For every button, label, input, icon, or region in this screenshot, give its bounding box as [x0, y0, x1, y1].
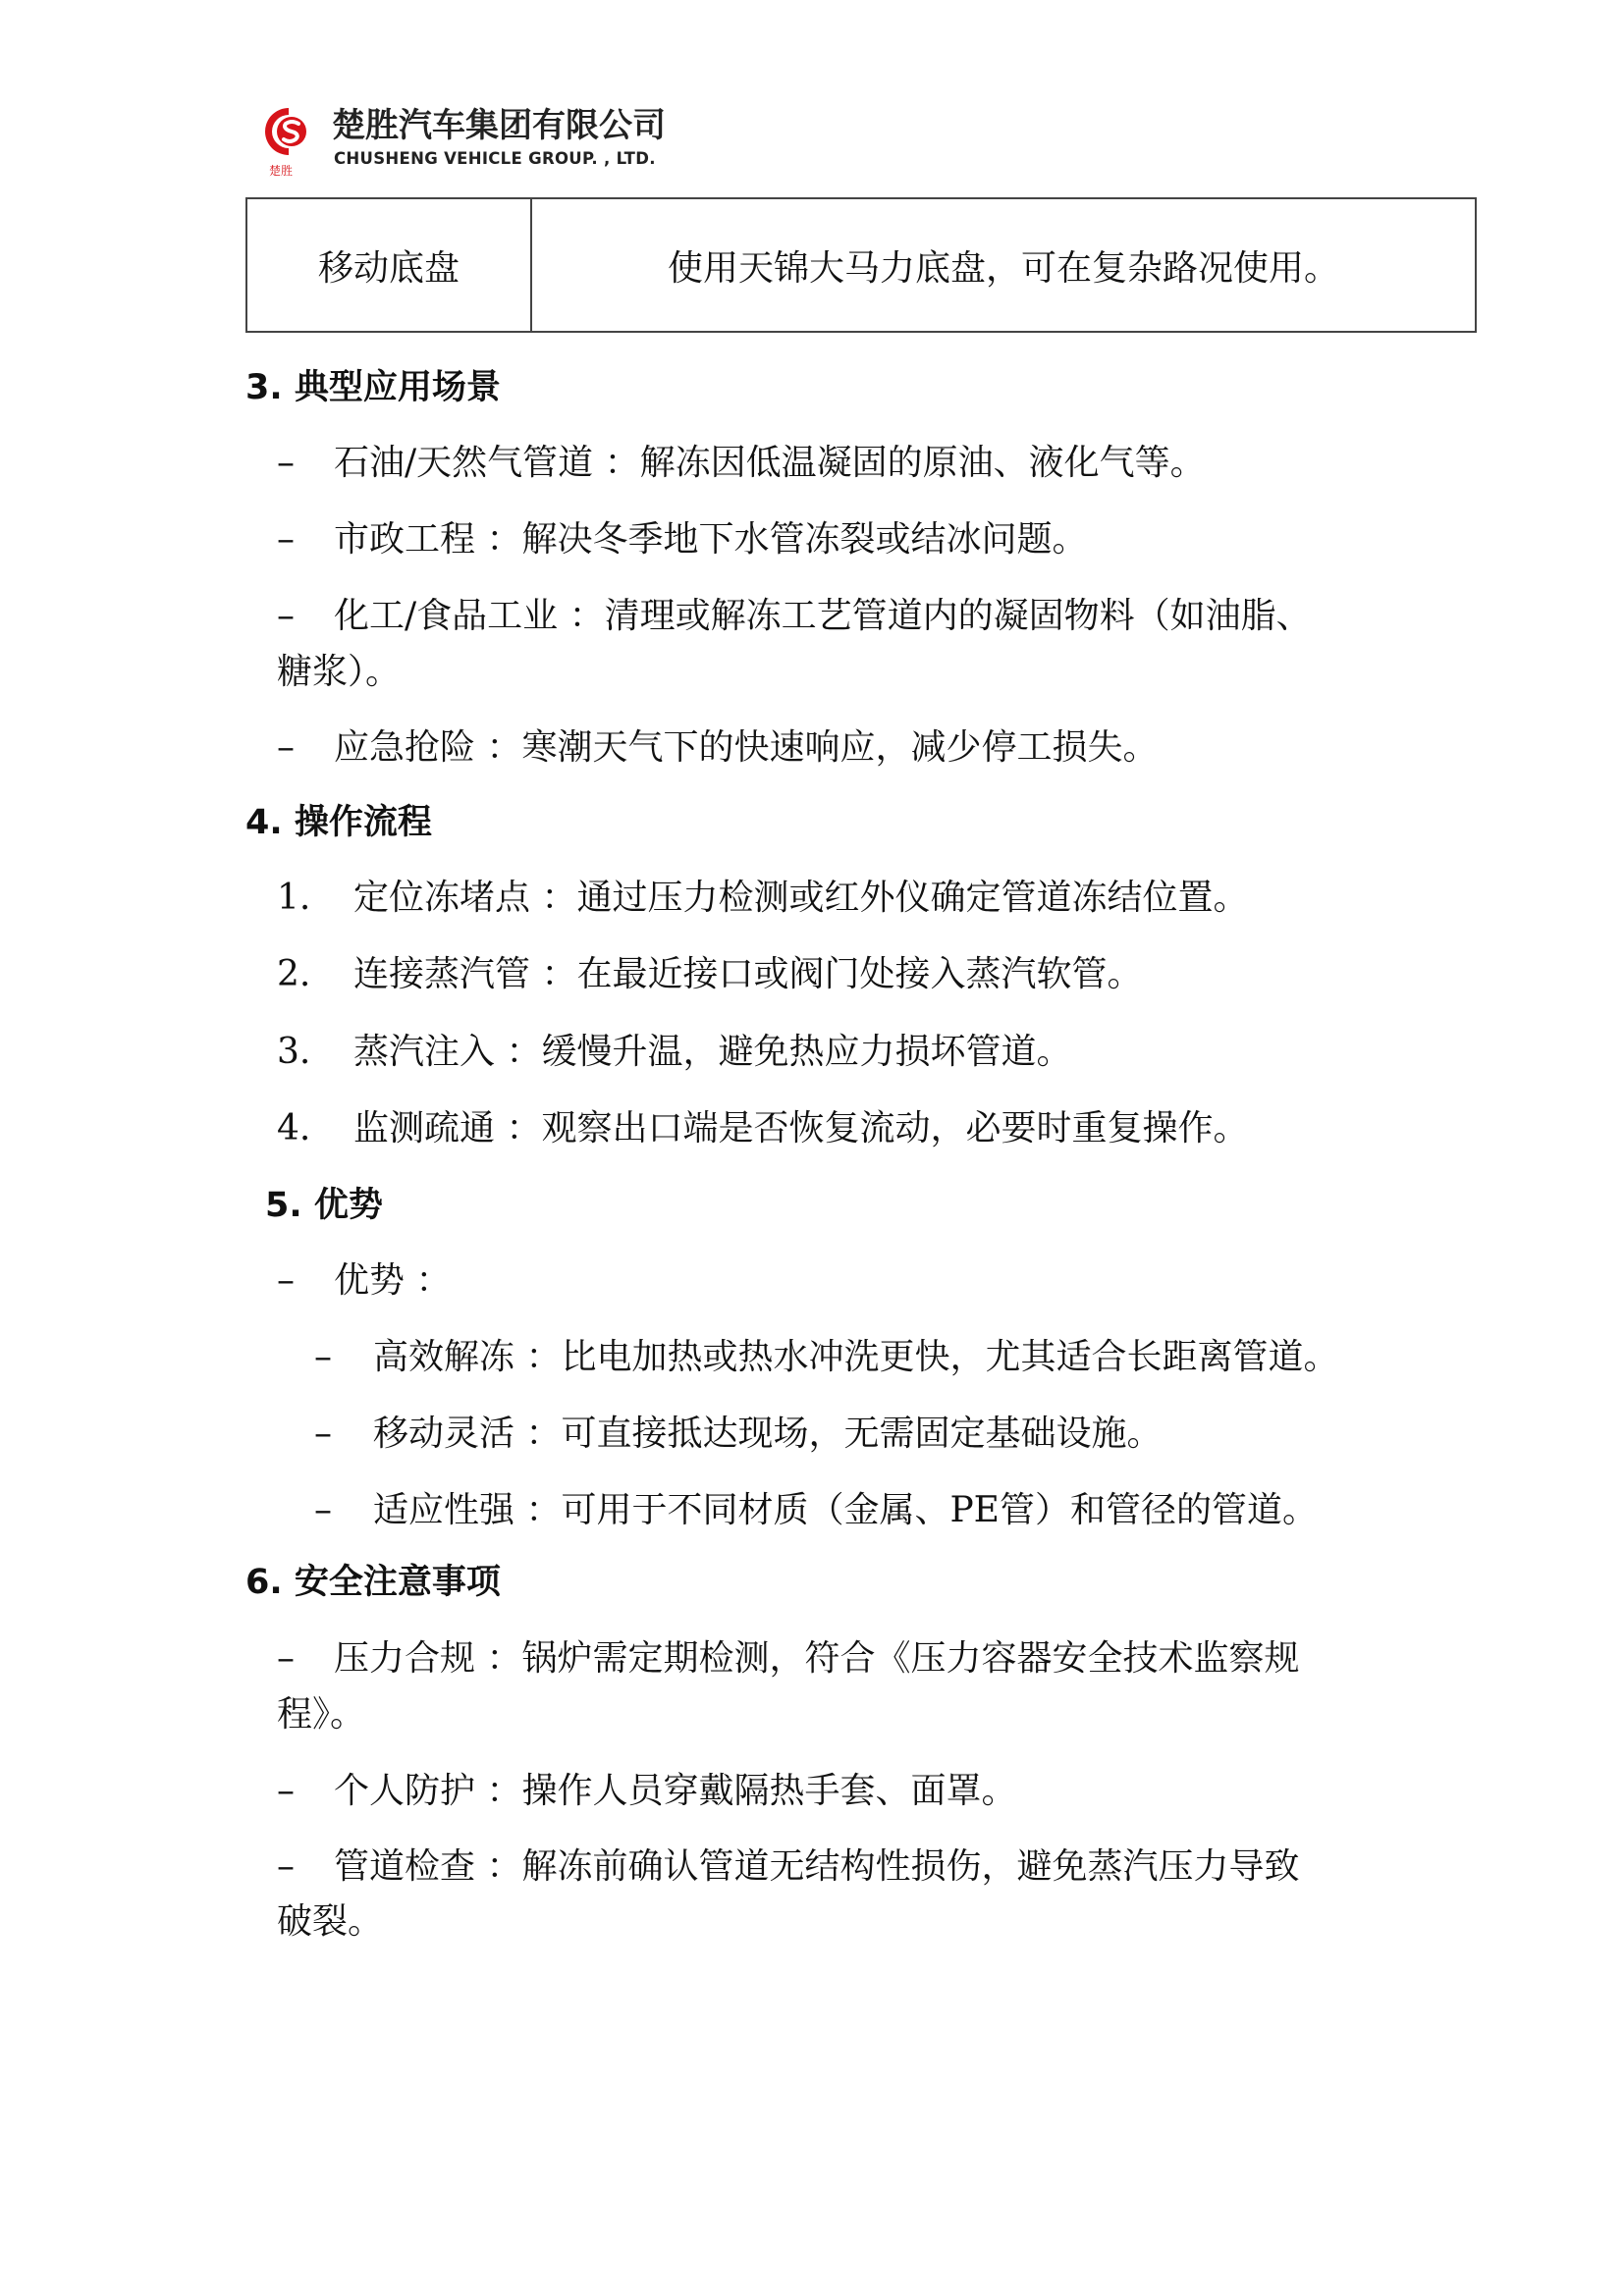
spec-table: 移动底盘 使用天锦大马力底盘，可在复杂路况使用。: [245, 197, 1477, 333]
list-item: 管道检查 ：解冻前确认管道无结构性损伤，避免蒸汽压力导致: [334, 1845, 1299, 1889]
company-name-cn: 楚胜汽车集团有限公司: [332, 106, 666, 145]
list-number: 4.: [277, 1107, 310, 1150]
list-item: 个人防护 ：操作人员穿戴隔热手套、面罩。: [334, 1770, 1016, 1813]
list-item-continuation: 糖浆）。: [277, 651, 401, 694]
list-item: 定位冻堵点 ：通过压力检测或红外仪确定管道冻结位置。: [353, 877, 1248, 920]
list-marker: –: [277, 595, 295, 638]
section-heading-6: 6. 安全注意事项: [245, 1561, 501, 1604]
section-heading-5: 5. 优势: [265, 1184, 383, 1227]
list-item: 连接蒸汽管 ：在最近接口或阀门处接入蒸汽软管。: [353, 953, 1142, 996]
list-item: 市政工程 ：解决冬季地下水管冻裂或结冰问题。: [334, 518, 1087, 561]
sublist-item: 移动灵活 ：可直接抵达现场，无需固定基础设施。: [373, 1413, 1162, 1456]
sublist-marker: –: [314, 1413, 332, 1456]
list-item: 监测疏通 ：观察出口端是否恢复流动，必要时重复操作。: [353, 1107, 1248, 1150]
list-item: 应急抢险 ：寒潮天气下的快速响应，减少停工损失。: [334, 726, 1158, 770]
sublist-marker: –: [314, 1336, 332, 1379]
list-item: 化工/食品工业 ：清理或解冻工艺管道内的凝固物料（如油脂、: [334, 595, 1312, 638]
list-item: 石油/天然气管道 ：解冻因低温凝固的原油、液化气等。: [334, 442, 1206, 485]
table-cell-value: 使用天锦大马力底盘，可在复杂路况使用。: [532, 199, 1475, 331]
list-item-continuation: 破裂。: [277, 1900, 383, 1944]
sublist-item: 高效解冻 ：比电加热或热水冲洗更快，尤其适合长距离管道。: [373, 1336, 1338, 1379]
list-marker: –: [277, 442, 295, 485]
list-number: 1.: [277, 877, 310, 920]
list-marker: –: [277, 726, 295, 770]
list-marker: –: [277, 1845, 295, 1889]
list-item: 蒸汽注入 ：缓慢升温，避免热应力损坏管道。: [353, 1031, 1071, 1074]
company-logo-icon: 楚胜: [259, 104, 318, 181]
company-name-en: CHUSHENG VEHICLE GROUP. , LTD.: [334, 149, 656, 169]
list-item: 压力合规 ：锅炉需定期检测，符合《压力容器安全技术监察规: [334, 1637, 1299, 1681]
list-item-continuation: 程》。: [277, 1693, 365, 1736]
sublist-item: 适应性强 ：可用于不同材质（金属、PE管）和管径的管道。: [373, 1489, 1318, 1532]
list-marker: –: [277, 1259, 295, 1303]
list-marker: –: [277, 1637, 295, 1681]
section-heading-4: 4. 操作流程: [245, 801, 432, 844]
table-cell-label: 移动底盘: [247, 199, 532, 331]
list-item: 优势 ：: [334, 1259, 451, 1303]
company-logo: 楚胜 楚胜汽车集团有限公司 CHUSHENG VEHICLE GROUP. , …: [257, 102, 670, 181]
list-marker: –: [277, 1770, 295, 1813]
list-marker: –: [277, 518, 295, 561]
sublist-marker: –: [314, 1489, 332, 1532]
list-number: 3.: [277, 1031, 310, 1074]
section-heading-3: 3. 典型应用场景: [245, 366, 501, 409]
svg-text:楚胜: 楚胜: [269, 163, 293, 178]
list-number: 2.: [277, 953, 310, 996]
